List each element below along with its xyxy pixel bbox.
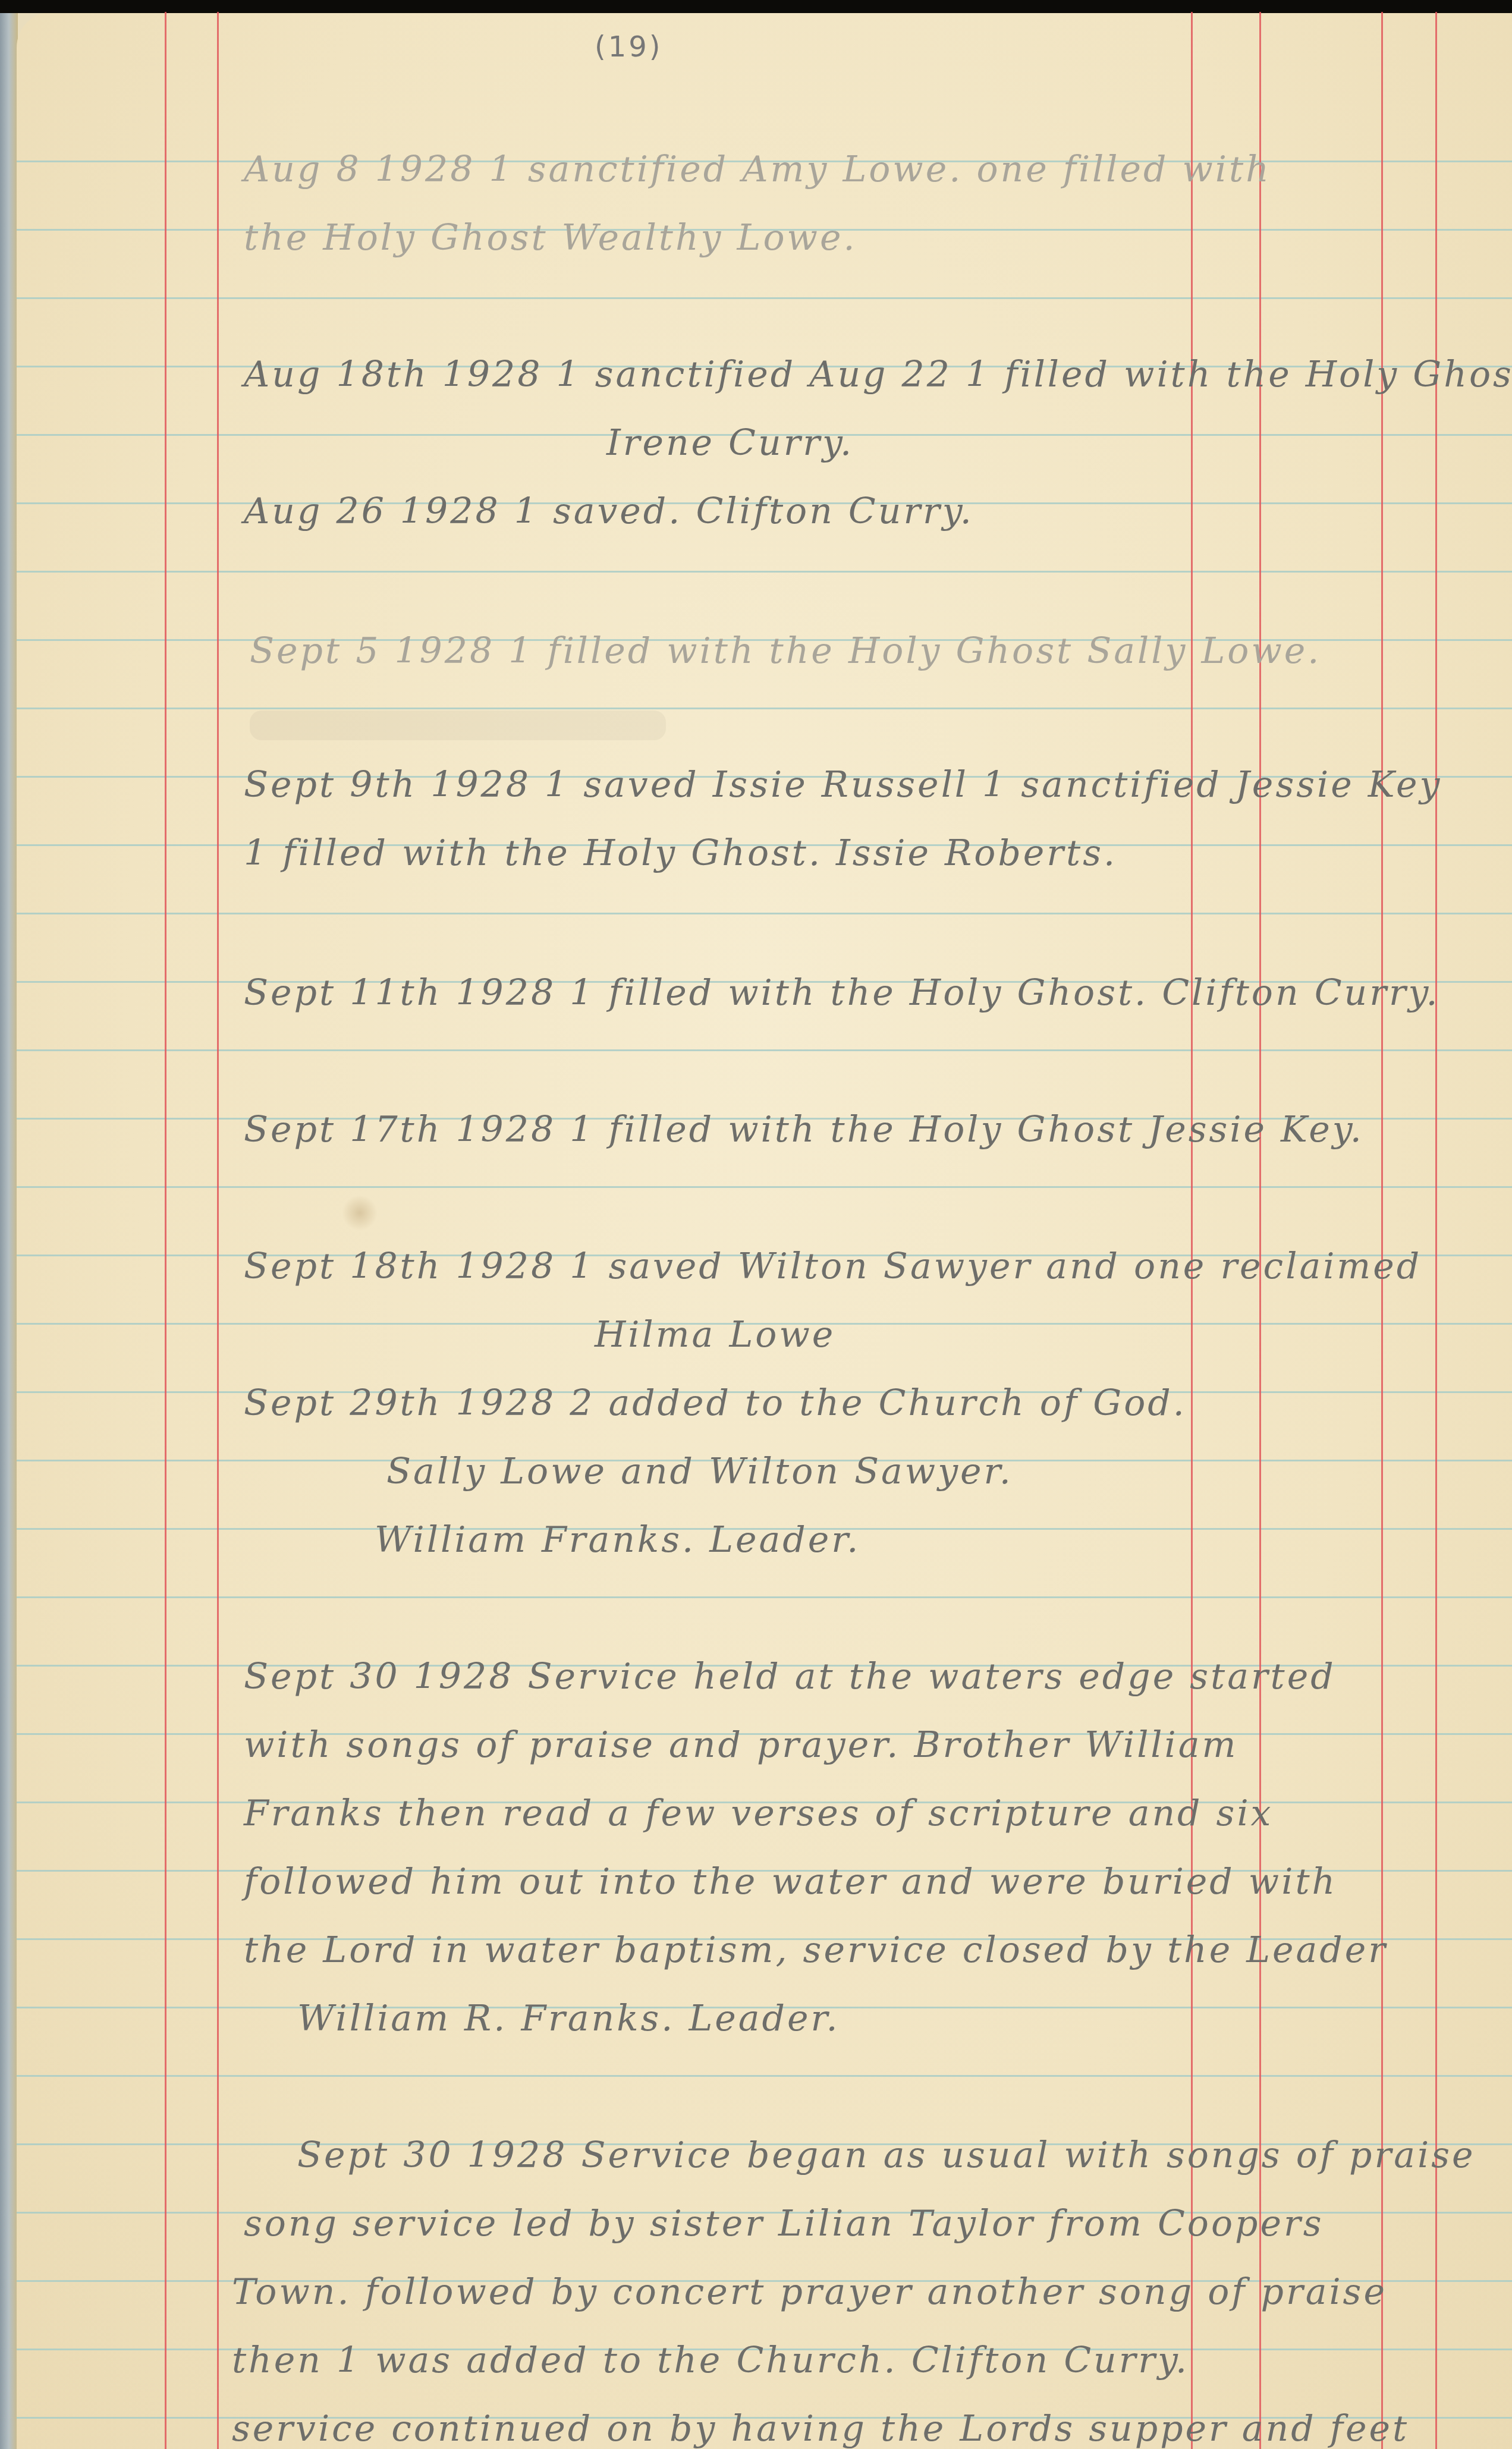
entry-line: the Holy Ghost Wealthy Lowe.: [244, 220, 857, 256]
entry-line: Sept 29th 1928 2 added to the Church of …: [244, 1385, 1187, 1421]
margin-rule: [165, 12, 166, 2449]
entry-line: Sept 18th 1928 1 saved Wilton Sawyer and…: [244, 1249, 1422, 1284]
entry-line: Hilma Lowe: [595, 1317, 835, 1353]
entry-line: Sept 11th 1928 1 filled with the Holy Gh…: [244, 975, 1440, 1011]
entry-line: William Franks. Leader.: [375, 1522, 860, 1558]
entry-line: Sally Lowe and Wilton Sawyer.: [386, 1454, 1013, 1489]
margin-rule: [217, 12, 219, 2449]
entry-line: Sept 30 1928 Service began as usual with…: [297, 2137, 1475, 2173]
entry-line: 1 filled with the Holy Ghost. Issie Robe…: [244, 835, 1117, 871]
page-number: (19): [595, 33, 663, 61]
ruled-line: [17, 913, 1512, 914]
book-spine-edge: [0, 0, 18, 2449]
ruled-line: [17, 297, 1512, 299]
entry-line: Sept 17th 1928 1 filled with the Holy Gh…: [244, 1112, 1364, 1148]
entry-line: Sept 5 1928 1 filled with the Holy Ghost…: [250, 633, 1321, 669]
entry-line: Irene Curry.: [606, 425, 854, 461]
entry-line: Aug 18th 1928 1 sanctified Aug 22 1 fill…: [244, 357, 1512, 392]
paper-stain: [342, 1195, 378, 1231]
ruled-line: [17, 2075, 1512, 2077]
entry-line: Sept 30 1928 Service held at the waters …: [244, 1659, 1336, 1695]
entry-line: Sept 9th 1928 1 saved Issie Russell 1 sa…: [244, 767, 1442, 803]
ruled-line: [17, 571, 1512, 573]
erased-pencil-smudge: [250, 711, 666, 740]
entry-line: Aug 26 1928 1 saved. Clifton Curry.: [244, 493, 974, 529]
entry-line: the Lord in water baptism, service close…: [244, 1932, 1388, 1968]
entry-line: with songs of praise and prayer. Brother…: [244, 1727, 1238, 1763]
top-binding-shadow: [0, 0, 1512, 13]
ruled-line: [17, 1049, 1512, 1051]
ruled-line: [17, 708, 1512, 709]
entry-line: song service led by sister Lilian Taylor…: [244, 2206, 1324, 2241]
entry-line: Aug 8 1928 1 sanctified Amy Lowe. one fi…: [244, 152, 1271, 187]
entry-line: William R. Franks. Leader.: [297, 2001, 840, 2036]
entry-line: Town. followed by concert prayer another…: [232, 2274, 1387, 2310]
entry-line: Franks then read a few verses of scriptu…: [244, 1796, 1273, 1831]
ruled-line: [17, 1186, 1512, 1188]
entry-line: service continued on by having the Lords…: [232, 2411, 1409, 2447]
ruled-line: [17, 1596, 1512, 1598]
entry-line: then 1 was added to the Church. Clifton …: [232, 2343, 1189, 2378]
entry-line: followed him out into the water and were…: [244, 1864, 1337, 1900]
